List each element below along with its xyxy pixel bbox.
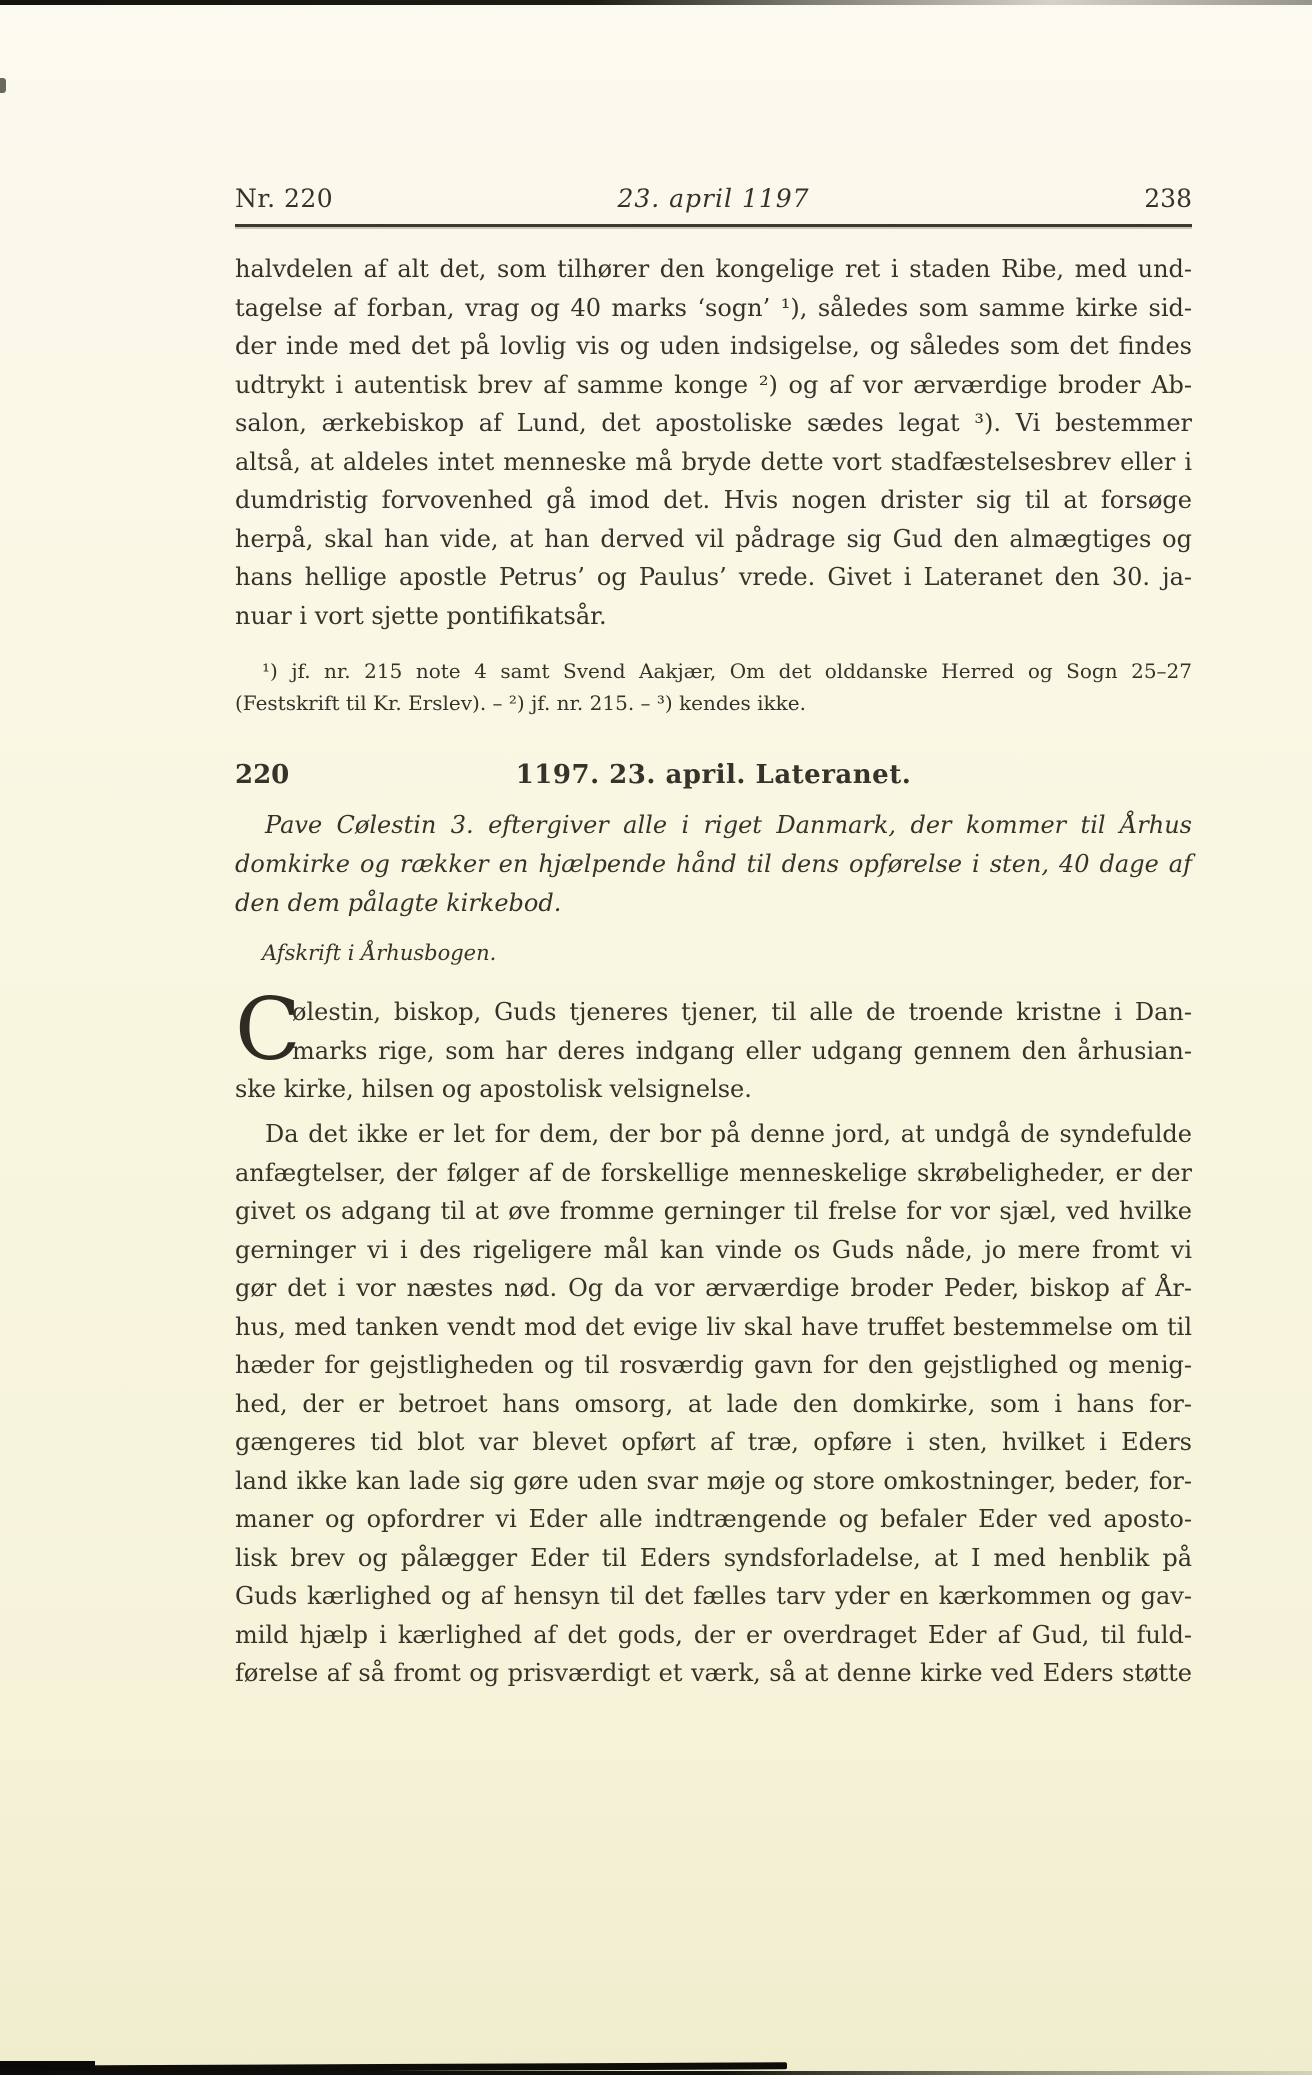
text-line: hæder for gejstligheden og til rosværdig… <box>235 1346 1192 1385</box>
text-line: herpå, skal han vide, at han derved vil … <box>235 520 1192 559</box>
text-line: land ikke kan lade sig gøre uden svar mø… <box>235 1462 1192 1501</box>
running-header: Nr. 220 23. april 1197 238 <box>235 184 1192 216</box>
text-line: udtrykt i autentisk brev af samme konge … <box>235 366 1192 405</box>
text-line: den dem pålagte kirkebod. <box>235 884 1192 923</box>
text-line: dumdristig forvovenhed gå imod det. Hvis… <box>235 481 1192 520</box>
text-line: der inde med det på lovlig vis og uden i… <box>235 327 1192 366</box>
text-line: domkirke og rækker en hjælpende hånd til… <box>235 845 1192 884</box>
text-line: halvdelen af alt det, som tilhører den k… <box>235 250 1192 289</box>
page-content: Nr. 220 23. april 1197 238 halvdelen af … <box>235 0 1192 2075</box>
scan-edge-bottom-corner <box>0 2061 95 2075</box>
text-line: gængeres tid blot var blevet opført af t… <box>235 1423 1192 1462</box>
text-line: hed, der er betroet hans omsorg, at lade… <box>235 1385 1192 1424</box>
text-line: gør det i vor næstes nød. Og da vor ærvæ… <box>235 1269 1192 1308</box>
text-line: altså, at aldeles intet menneske må bryd… <box>235 443 1192 482</box>
text-line: givet os adgang til at øve fromme gernin… <box>235 1192 1192 1231</box>
header-page-number: 238 <box>1144 184 1192 213</box>
text-line: marks rige, som har deres indgang eller … <box>235 1032 1192 1071</box>
text-line: gerninger vi i des rigeligere mål kan vi… <box>235 1231 1192 1270</box>
text-line: Guds kærlighed og af hensyn til det fæll… <box>235 1577 1192 1616</box>
text-line: førelse af så fromt og prisværdigt et væ… <box>235 1654 1192 1693</box>
document-salutation: C ølestin, biskop, Guds tjeneres tjener,… <box>235 993 1192 1109</box>
text-line: tagelse af forban, vrag og 40 marks ‘sog… <box>235 289 1192 328</box>
scanned-book-page: Nr. 220 23. april 1197 238 halvdelen af … <box>0 0 1312 2075</box>
header-date: 23. april 1197 <box>235 184 1192 213</box>
text-line: ¹) jf. nr. 215 note 4 samt Svend Aakjær,… <box>235 655 1192 687</box>
text-line: Da det ikke er let for dem, der bor på d… <box>235 1115 1192 1154</box>
source-note: Afskrift i Århusbogen. <box>235 941 1192 965</box>
document-body: Da det ikke er let for dem, der bor på d… <box>235 1115 1192 1693</box>
text-line: mild hjælp i kærlighed af det gods, der … <box>235 1616 1192 1655</box>
text-line: hans hellige apostle Petrus’ og Paulus’ … <box>235 558 1192 597</box>
text-line: ske kirke, hilsen og apostolisk velsigne… <box>235 1070 1192 1109</box>
text-line: hus, med tanken vendt mod det evige liv … <box>235 1308 1192 1347</box>
document-title: 1197. 23. april. Lateranet. <box>235 760 1192 790</box>
header-rule <box>235 224 1192 227</box>
document-summary: Pave Cølestin 3. eftergiver alle i riget… <box>235 806 1192 923</box>
text-line: (Festskrift til Kr. Erslev). – ²) jf. nr… <box>235 687 1192 719</box>
initial-letter: C <box>235 993 285 1070</box>
footnotes: ¹) jf. nr. 215 note 4 samt Svend Aakjær,… <box>235 655 1192 719</box>
text-line: anfægtelser, der følger af de forskellig… <box>235 1154 1192 1193</box>
text-line: Pave Cølestin 3. eftergiver alle i riget… <box>235 806 1192 845</box>
text-line: ølestin, biskop, Guds tjeneres tjener, t… <box>235 993 1192 1032</box>
text-line: nuar i vort sjette pontifikatsår. <box>235 597 1192 636</box>
text-line: salon, ærkebiskop af Lund, det apostolis… <box>235 404 1192 443</box>
document-heading: 220 1197. 23. april. Lateranet. <box>235 760 1192 794</box>
text-line: lisk brev og pålægger Eder til Eders syn… <box>235 1539 1192 1578</box>
scan-edge-left-mark <box>0 78 6 93</box>
previous-document-body: halvdelen af alt det, som tilhører den k… <box>235 250 1192 635</box>
text-line: maner og opfordrer vi Eder alle indtræng… <box>235 1500 1192 1539</box>
